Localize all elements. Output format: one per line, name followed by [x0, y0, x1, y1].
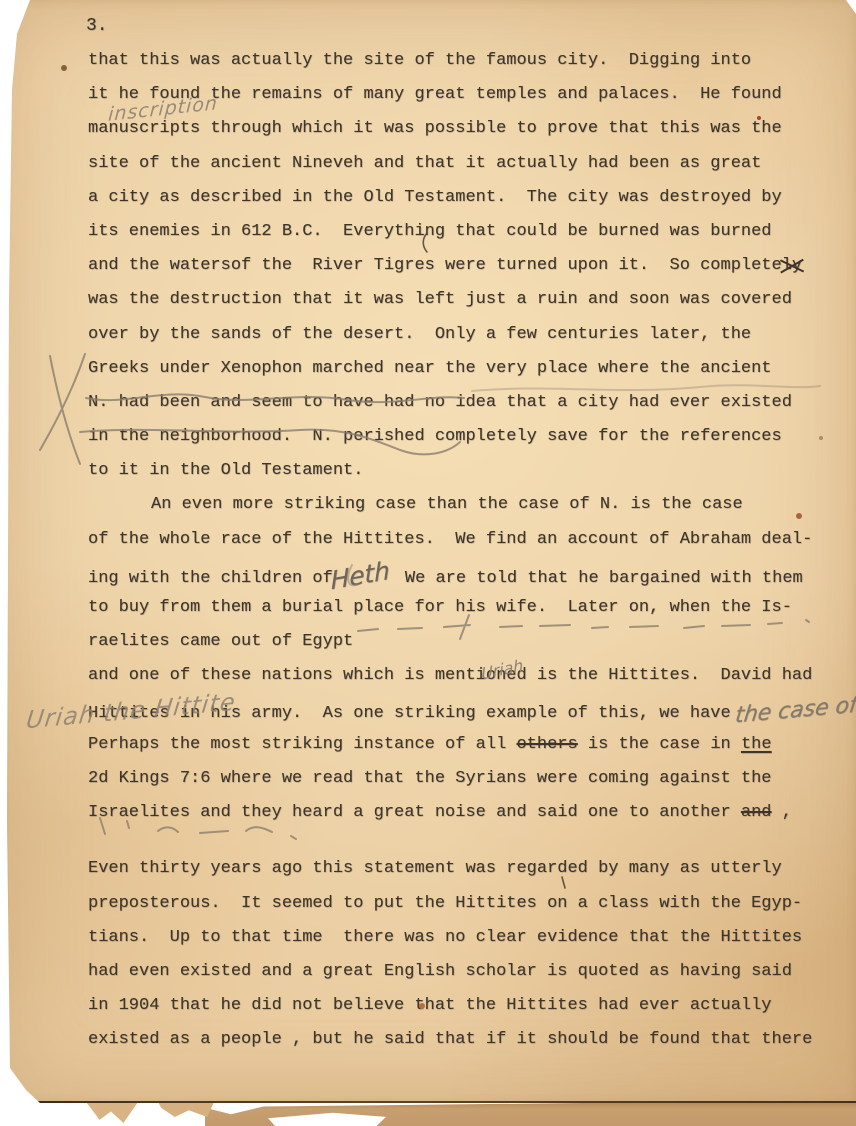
- typed-line: manuscripts through which it was possibl…: [88, 112, 856, 146]
- typed-line: to buy from them a burial place for his …: [88, 591, 856, 625]
- typed-line: preposterous. It seemed to put the Hitti…: [88, 887, 856, 921]
- typed-line: N. had been and seem to have had no idea…: [88, 386, 856, 420]
- typed-segment: Israelites and they heard a great noise …: [88, 803, 741, 822]
- typed-line: a city as described in the Old Testament…: [88, 181, 856, 215]
- typed-line: Even thirty years ago this statement was…: [88, 852, 856, 886]
- typed-segment: ing with the children of: [88, 569, 333, 588]
- typed-line: over by the sands of the desert. Only a …: [88, 318, 856, 352]
- typed-line: raelites came out of Egypt: [88, 625, 856, 659]
- typed-line: 2d Kings 7:6 where we read that the Syri…: [88, 762, 856, 796]
- typed-underlined-text: the: [741, 735, 772, 754]
- typed-struck-text: and: [741, 803, 772, 822]
- typed-line: its enemies in 612 B.C. Everything that …: [88, 215, 856, 249]
- typed-line: that this was actually the site of the f…: [88, 44, 856, 78]
- typed-line: and one of these nations which is mentio…: [88, 659, 856, 693]
- typed-line: had even existed and a great English sch…: [88, 955, 856, 989]
- typed-line: ing with the children ofHeth We are told…: [88, 557, 856, 591]
- typed-line: site of the ancient Nineveh and that it …: [88, 147, 856, 181]
- typed-line: existed as a people , but he said that i…: [88, 1023, 856, 1057]
- typed-segment: We are told that he bargained with them: [395, 569, 803, 588]
- typed-overstruck-text: ly: [782, 249, 802, 283]
- typed-line: and the watersof the River Tigres were t…: [88, 249, 856, 283]
- typed-line: in the neighborhood. N. perished complet…: [88, 420, 856, 454]
- typed-line: in 1904 that he did not believe that the…: [88, 989, 856, 1023]
- typed-segment: is the case in: [578, 735, 741, 754]
- typed-segment: and the watersof the River Tigres were t…: [88, 256, 782, 275]
- typed-segment: ,: [772, 803, 792, 822]
- scanned-page: 3. that this was actually the site of th…: [0, 0, 856, 1103]
- typed-line: tians. Up to that time there was no clea…: [88, 921, 856, 955]
- typed-line: Israelites and they heard a great noise …: [88, 796, 856, 830]
- handwritten-the-case-of: the case of: [733, 688, 856, 733]
- typed-line: to it in the Old Testament.: [88, 454, 856, 488]
- typed-line: Greeks under Xenophon marched near the v…: [88, 352, 856, 386]
- torn-paper-flap: [158, 1102, 214, 1117]
- typed-struck-text: others: [516, 735, 577, 754]
- typed-text-block: that this was actually the site of the f…: [88, 44, 856, 1057]
- typed-line: was the destruction that it was left jus…: [88, 283, 856, 317]
- typed-segment: Perhaps the most striking instance of al…: [88, 735, 516, 754]
- paper-stain-specks: [757, 116, 761, 120]
- torn-paper-flap: [86, 1102, 138, 1123]
- typed-line: An even more striking case than the case…: [88, 488, 856, 522]
- page-number: 3.: [86, 16, 108, 36]
- typed-line: of the whole race of the Hittites. We fi…: [88, 523, 856, 557]
